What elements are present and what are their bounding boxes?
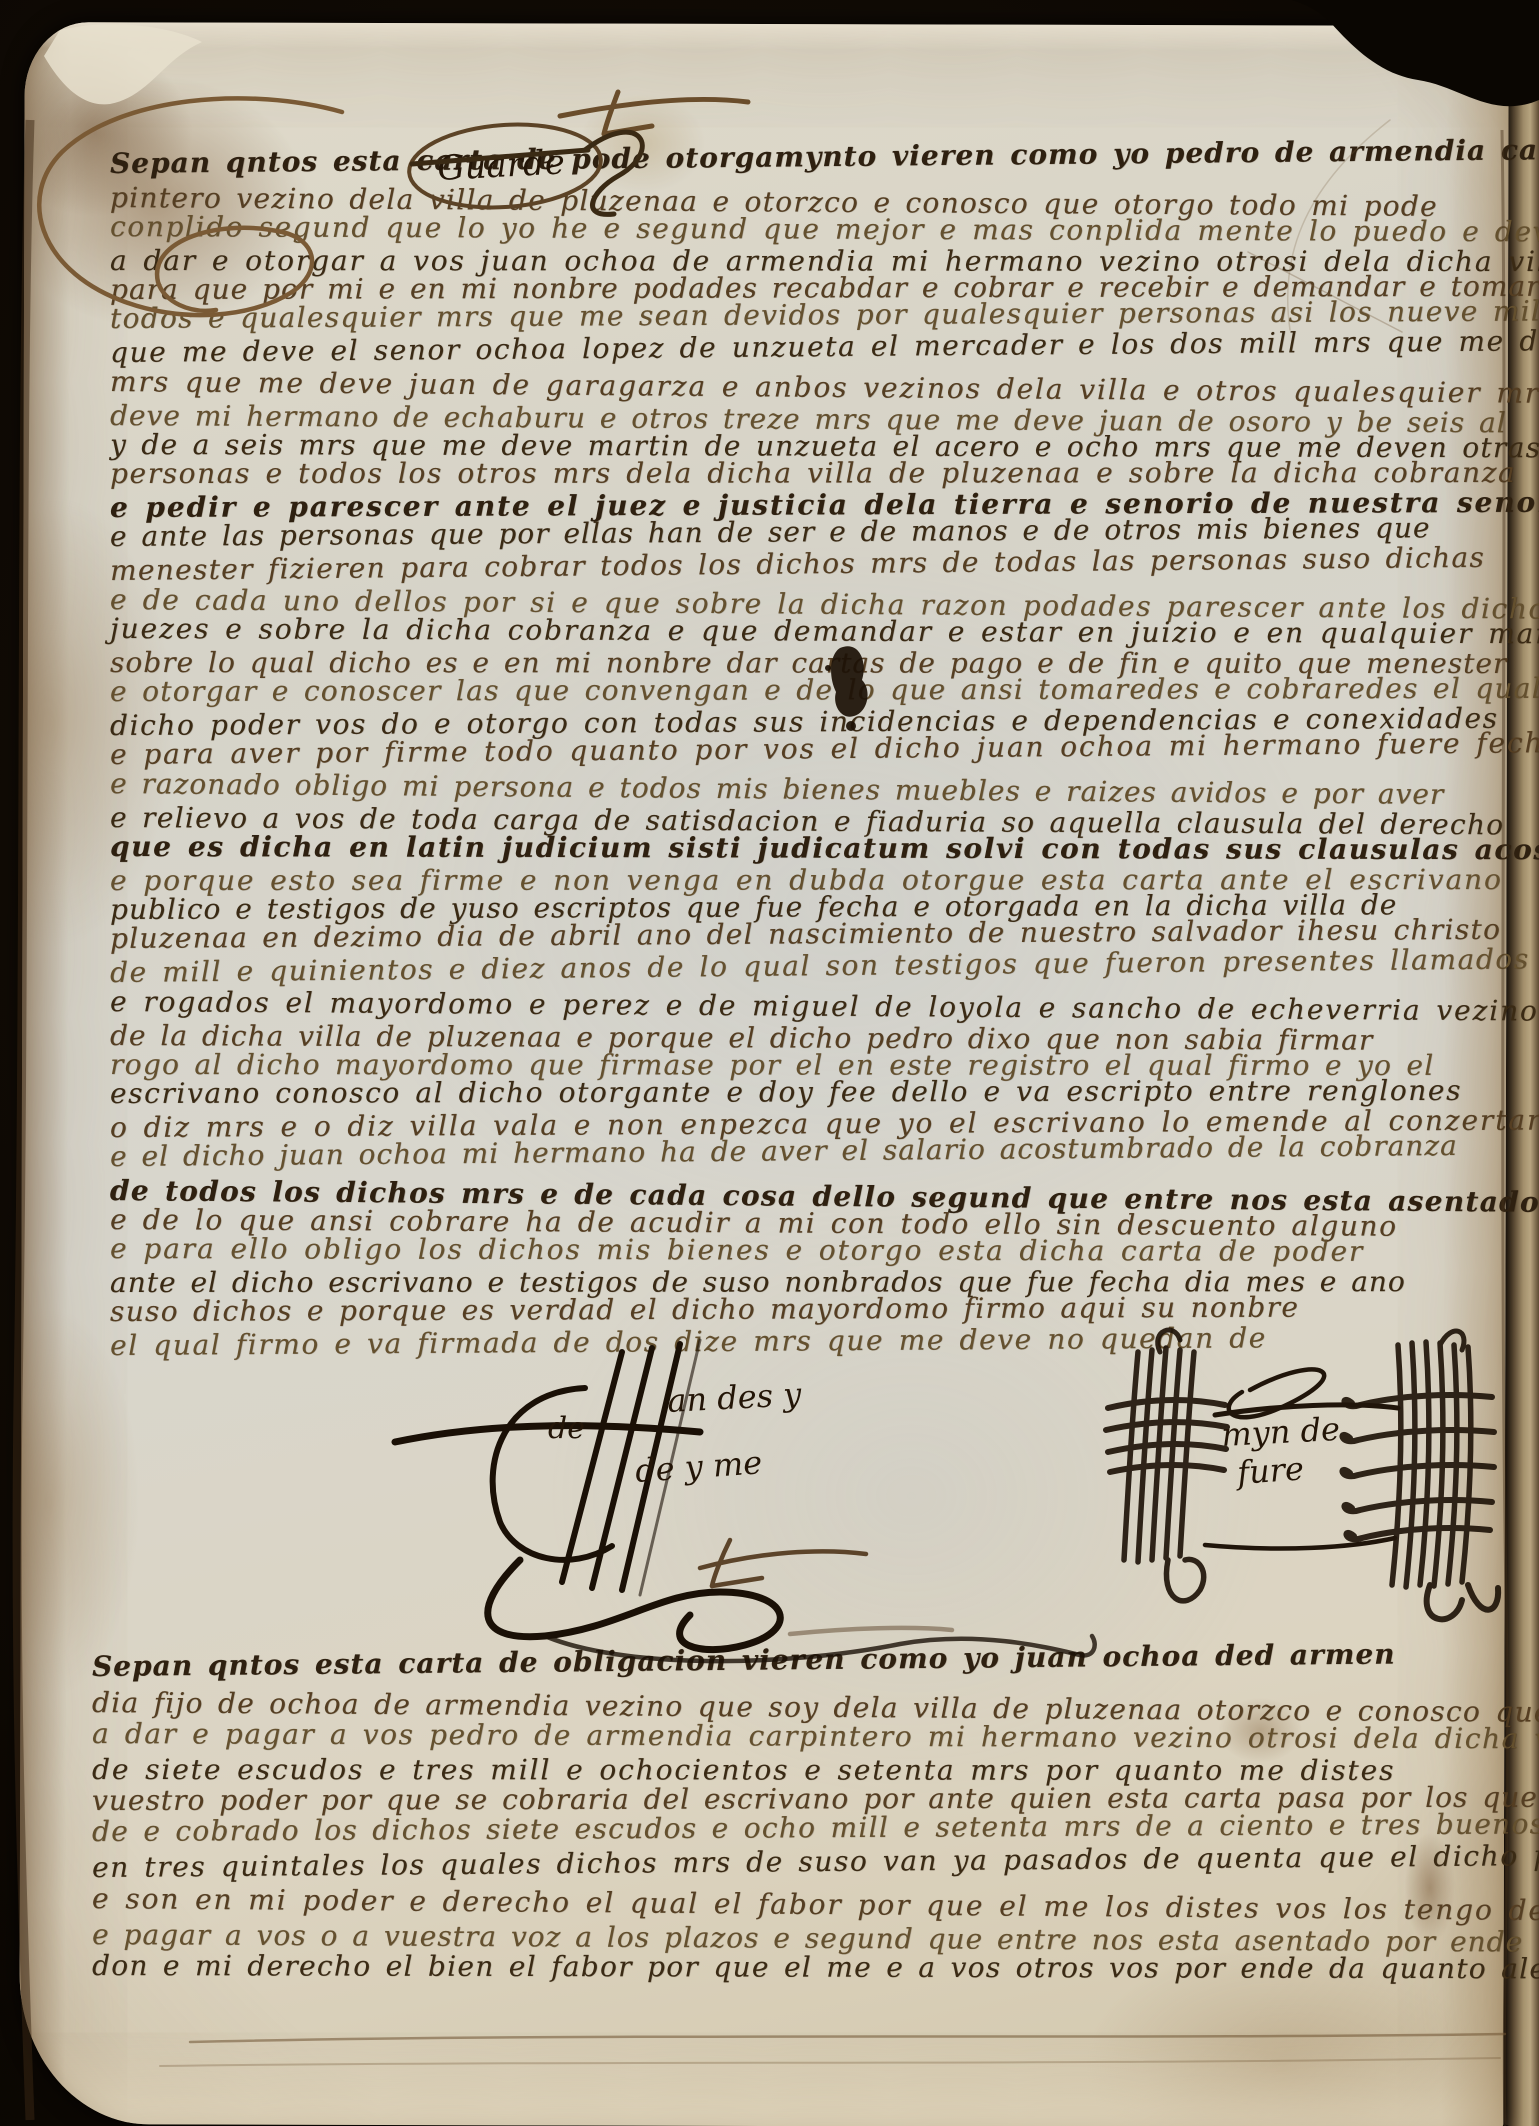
manuscript-line: conplido segund que lo yo he e segund qu…	[110, 211, 1506, 247]
paragraph-power-of-attorney: Sepan qntos esta carta de pode otorgamyn…	[110, 150, 1506, 1359]
manuscript-line: juezes e sobre la dicha cobranza e que d…	[110, 613, 1506, 649]
manuscript-line: personas e todos los otros mrs dela dich…	[110, 457, 1506, 489]
manuscript-line: don e mi derecho el bien el fabor por qu…	[92, 1949, 1512, 1985]
manuscript-line: a dar e pagar a vos pedro de armendia ca…	[92, 1717, 1512, 1755]
manuscript-line: el qual firmo e va firmada de dos dize m…	[110, 1321, 1506, 1361]
manuscript-line: que es dicha en latin judicium sisti jud…	[110, 831, 1506, 865]
manuscript-line: e para ello obligo los dichos mis bienes…	[110, 1233, 1506, 1267]
paragraph-obligation: Sepan qntos esta carta de obligacion vie…	[92, 1652, 1512, 1982]
manuscript-photograph: Sepan qntos esta carta de pode otorgamyn…	[0, 0, 1539, 2126]
